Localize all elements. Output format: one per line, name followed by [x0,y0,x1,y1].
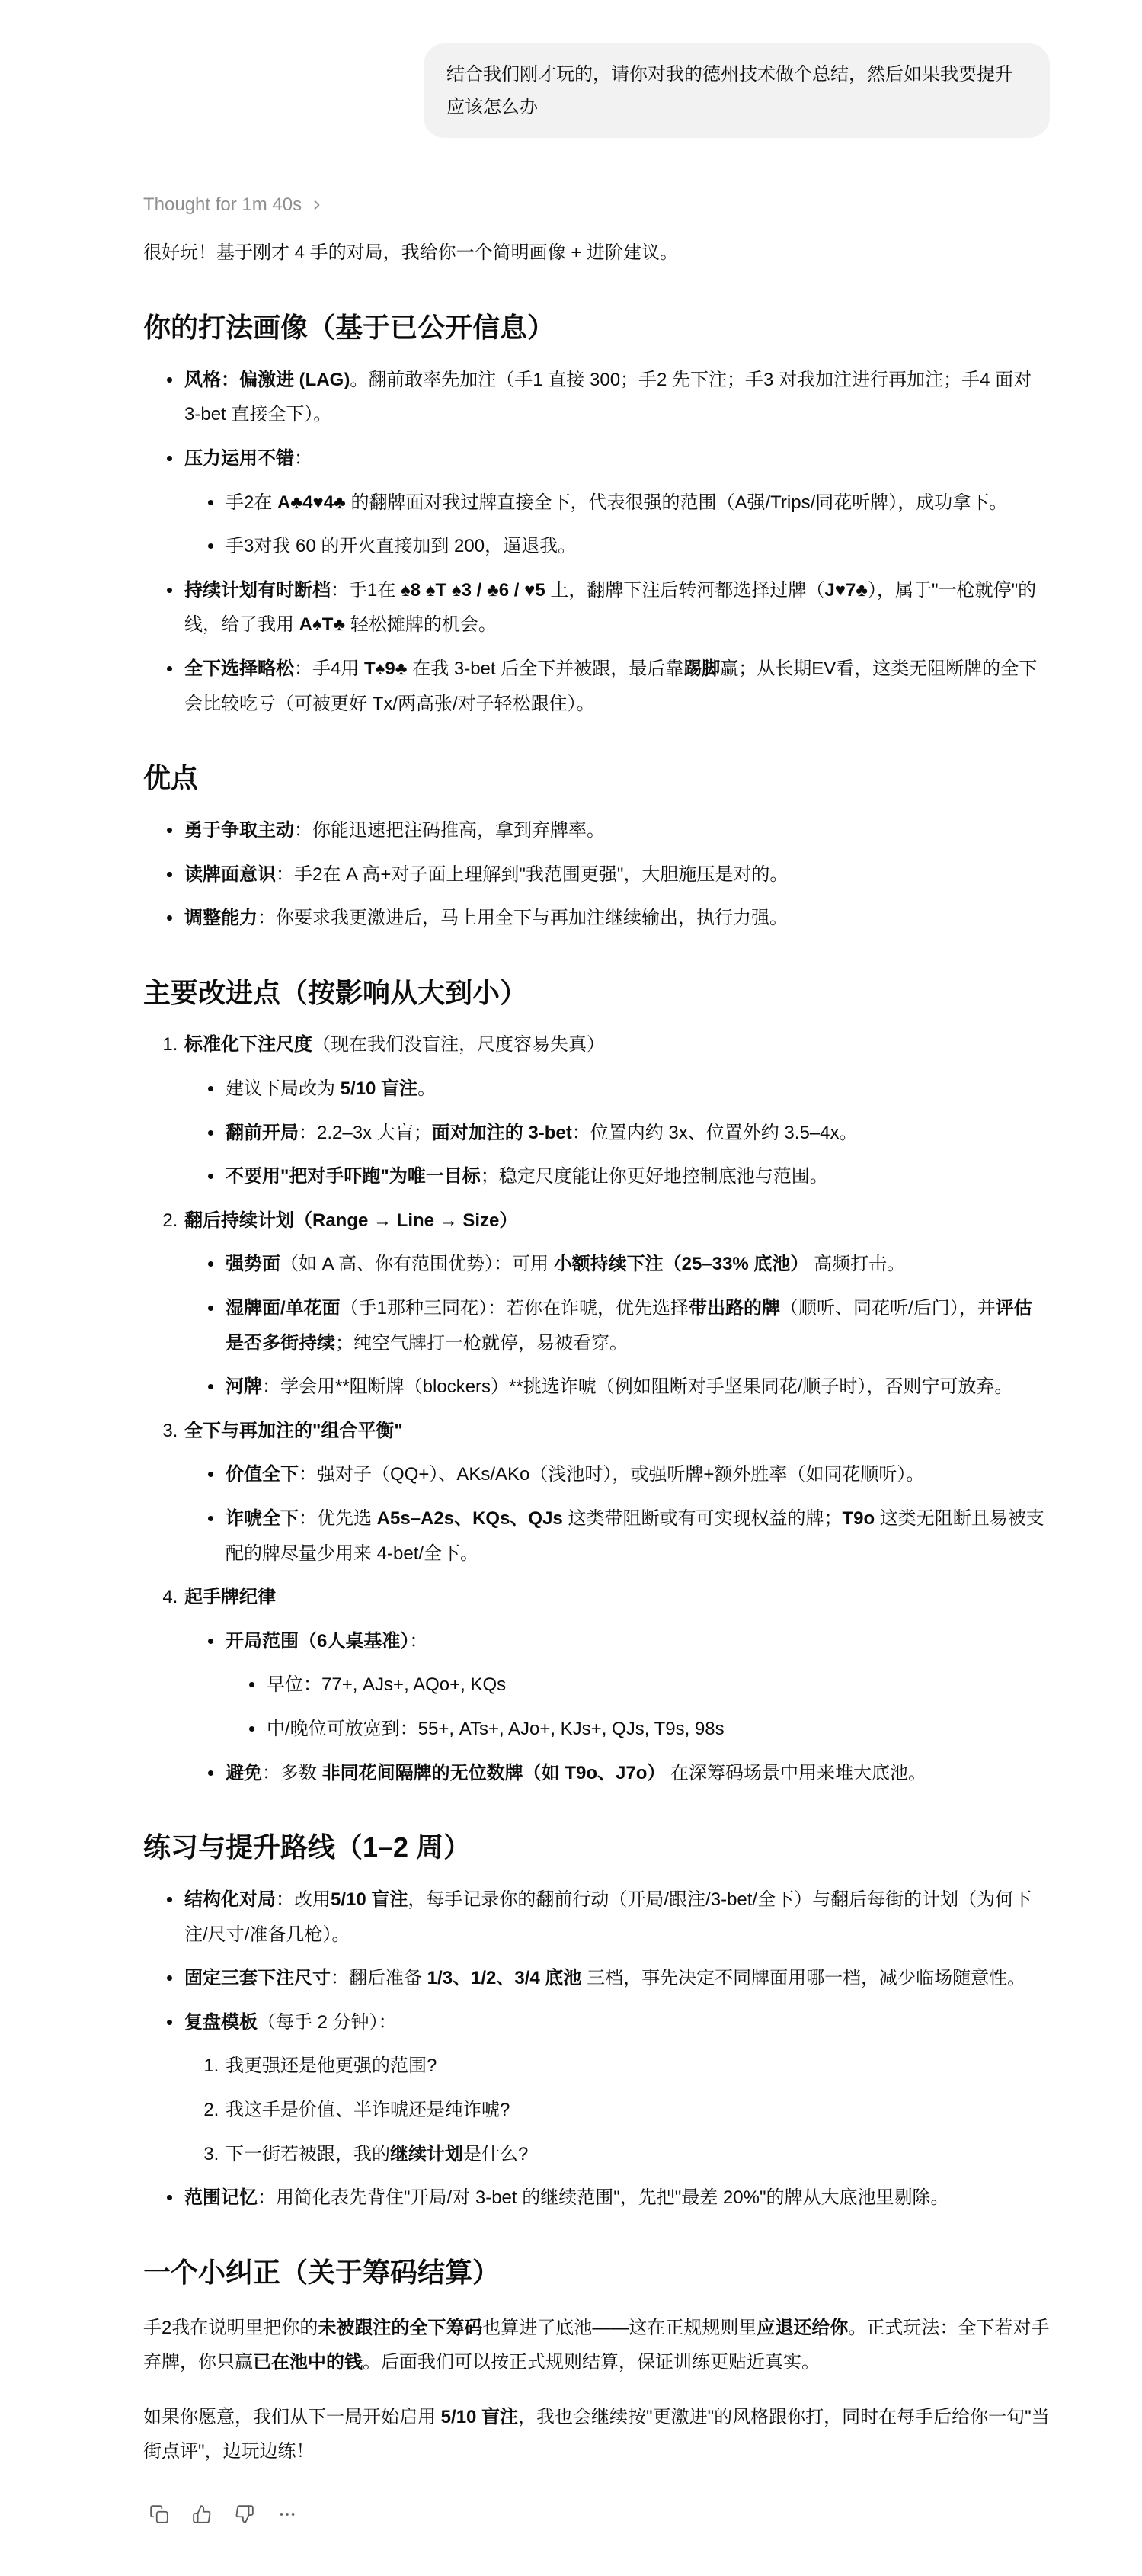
thought-duration-toggle[interactable]: Thought for 1m 40s [143,194,325,216]
chevron-right-icon [309,197,325,213]
list-item: 固定三套下注尺寸：翻后准备 1/3、1/2、3/4 底池 三档，事先决定不同牌面… [183,1961,1050,1996]
user-message-row: 结合我们刚才玩的，请你对我的德州技术做个总结，然后如果我要提升应该怎么办 [143,43,1050,138]
thumbs-down-button[interactable] [229,2498,261,2530]
paragraph: 如果你愿意，我们从下一局开始启用 5/10 盲注，我也会继续按"更激进"的风格跟… [143,2400,1050,2469]
list-item: 湿牌面/单花面（手1那种三同花）：若你在诈唬，优先选择带出路的牌（顺听、同花听/… [224,1291,1050,1360]
section-heading: 你的打法画像（基于已公开信息） [143,310,1050,346]
list-item: 不要用"把对手吓跑"为唯一目标；稳定尺度能让你更好地控制底池与范围。 [224,1159,1050,1194]
list-item: 诈唬全下：优先选 A5s–A2s、KQs、QJs 这类带阻断或有可实现权益的牌；… [224,1501,1050,1571]
bullet-list: 结构化对局：改用5/10 盲注，每手记录你的翻前行动（开局/跟注/3-bet/全… [143,1882,1050,2216]
thumbs-up-icon [192,2504,212,2524]
list-item: 开局范围（6人桌基准）：早位：77+, AJs+, AQo+, KQs中/晚位可… [224,1624,1050,1747]
list-item: 强势面（如 A 高、你有范围优势）：可用 小额持续下注（25–33% 底池） 高… [224,1247,1050,1282]
list-item: 风格：偏激进 (LAG)。翻前敢率先加注（手1 直接 300；手2 先下注；手3… [183,363,1050,432]
list-item: 河牌：学会用**阻断牌（blockers）**挑选诈唬（例如阻断对手坚果同花/顺… [224,1370,1050,1405]
list-item: 建议下局改为 5/10 盲注。 [224,1072,1050,1107]
list-item: 起手牌纪律开局范围（6人桌基准）：早位：77+, AJs+, AQo+, KQs… [183,1580,1050,1790]
paragraph: 很好玩！基于刚才 4 手的对局，我给你一个简明画像 + 进阶建议。 [143,235,1050,271]
section-heading: 一个小纠正（关于筹码结算） [143,2255,1050,2291]
list-item: 早位：77+, AJs+, AQo+, KQs [265,1668,1050,1703]
bullet-list: 手2在 A♣4♥4♣ 的翻牌面对我过牌直接全下，代表很强的范围（A强/Trips… [184,485,1050,564]
list-item: 下一街若被跟，我的继续计划是什么? [224,2137,1050,2172]
list-item: 手2在 A♣4♥4♣ 的翻牌面对我过牌直接全下，代表很强的范围（A强/Trips… [224,485,1050,521]
list-item: 勇于争取主动：你能迅速把注码推高，拿到弃牌率。 [183,813,1050,848]
list-item: 复盘模板（每手 2 分钟）：我更强还是他更强的范围?我这手是价值、半诈唬还是纯诈… [183,2005,1050,2171]
list-item: 全下选择略松：手4用 T♠9♣ 在我 3-bet 后全下并被跟，最后靠踢脚赢；从… [183,652,1050,721]
bullet-list: 强势面（如 A 高、你有范围优势）：可用 小额持续下注（25–33% 底池） 高… [184,1247,1050,1404]
list-item: 调整能力：你要求我更激进后，马上用全下与再加注继续输出，执行力强。 [183,901,1050,936]
thumbs-down-icon [235,2504,254,2524]
thought-duration-label: Thought for 1m 40s [143,194,302,216]
copy-button[interactable] [143,2498,175,2530]
bullet-list: 早位：77+, AJs+, AQo+, KQs中/晚位可放宽到：55+, ATs… [226,1668,1050,1746]
list-item: 持续计划有时断档：手1在 ♠8 ♠T ♠3 / ♣6 / ♥5 上，翻牌下注后转… [183,573,1050,642]
copy-icon [149,2504,169,2524]
bullet-list: 勇于争取主动：你能迅速把注码推高，拿到弃牌率。读牌面意识：手2在 A 高+对子面… [143,813,1050,936]
list-item: 手3对我 60 的开火直接加到 200，逼退我。 [224,529,1050,564]
list-item: 读牌面意识：手2在 A 高+对子面上理解到"我范围更强"，大胆施压是对的。 [183,857,1050,892]
list-item: 我更强还是他更强的范围? [224,2049,1050,2084]
list-item: 避免：多数 非同花间隔牌的无位数牌（如 T9o、J7o） 在深筹码场景中用来堆大… [224,1756,1050,1791]
chat-page: 结合我们刚才玩的，请你对我的德州技术做个总结，然后如果我要提升应该怎么办 Tho… [0,0,1142,2576]
list-item: 我这手是价值、半诈唬还是纯诈唬? [224,2093,1050,2128]
more-options-button[interactable] [271,2498,303,2530]
list-item: 中/晚位可放宽到：55+, ATs+, AJo+, KJs+, QJs, T9s… [265,1712,1050,1747]
section-heading: 优点 [143,761,1050,796]
paragraph: 手2我在说明里把你的未被跟注的全下筹码也算进了底池——这在正规规则里应退还给你。… [143,2311,1050,2380]
assistant-message: 很好玩！基于刚才 4 手的对局，我给你一个简明画像 + 进阶建议。你的打法画像（… [143,235,1050,2469]
list-item: 全下与再加注的"组合平衡"价值全下：强对子（QQ+）、AKs/AKo（浅池时），… [183,1414,1050,1571]
bullet-list: 风格：偏激进 (LAG)。翻前敢率先加注（手1 直接 300；手2 先下注；手3… [143,363,1050,721]
numbered-list: 我更强还是他更强的范围?我这手是价值、半诈唬还是纯诈唬?下一街若被跟，我的继续计… [184,2049,1050,2171]
section-heading: 主要改进点（按影响从大到小） [143,976,1050,1011]
list-item: 标准化下注尺度（现在我们没盲注，尺度容易失真）建议下局改为 5/10 盲注。翻前… [183,1027,1050,1193]
list-item: 压力运用不错：手2在 A♣4♥4♣ 的翻牌面对我过牌直接全下，代表很强的范围（A… [183,441,1050,564]
numbered-list: 标准化下注尺度（现在我们没盲注，尺度容易失真）建议下局改为 5/10 盲注。翻前… [143,1027,1050,1790]
bullet-list: 建议下局改为 5/10 盲注。翻前开局：2.2–3x 大盲；面对加注的 3-be… [184,1072,1050,1194]
bullet-list: 价值全下：强对子（QQ+）、AKs/AKo（浅池时），或强听牌+额外胜率（如同花… [184,1457,1050,1571]
thumbs-up-button[interactable] [186,2498,218,2530]
list-item: 翻前开局：2.2–3x 大盲；面对加注的 3-bet：位置内约 3x、位置外约 … [224,1116,1050,1151]
section-heading: 练习与提升路线（1–2 周） [143,1830,1050,1866]
list-item: 翻后持续计划（Range → Line → Size）强势面（如 A 高、你有范… [183,1203,1050,1405]
message-action-bar [143,2498,1050,2530]
list-item: 范围记忆：用简化表先背住"开局/对 3-bet 的继续范围"，先把"最差 20%… [183,2180,1050,2216]
list-item: 结构化对局：改用5/10 盲注，每手记录你的翻前行动（开局/跟注/3-bet/全… [183,1882,1050,1952]
bullet-list: 开局范围（6人桌基准）：早位：77+, AJs+, AQo+, KQs中/晚位可… [184,1624,1050,1790]
more-options-icon [277,2504,297,2524]
user-message-bubble: 结合我们刚才玩的，请你对我的德州技术做个总结，然后如果我要提升应该怎么办 [424,43,1050,138]
list-item: 价值全下：强对子（QQ+）、AKs/AKo（浅池时），或强听牌+额外胜率（如同花… [224,1457,1050,1492]
